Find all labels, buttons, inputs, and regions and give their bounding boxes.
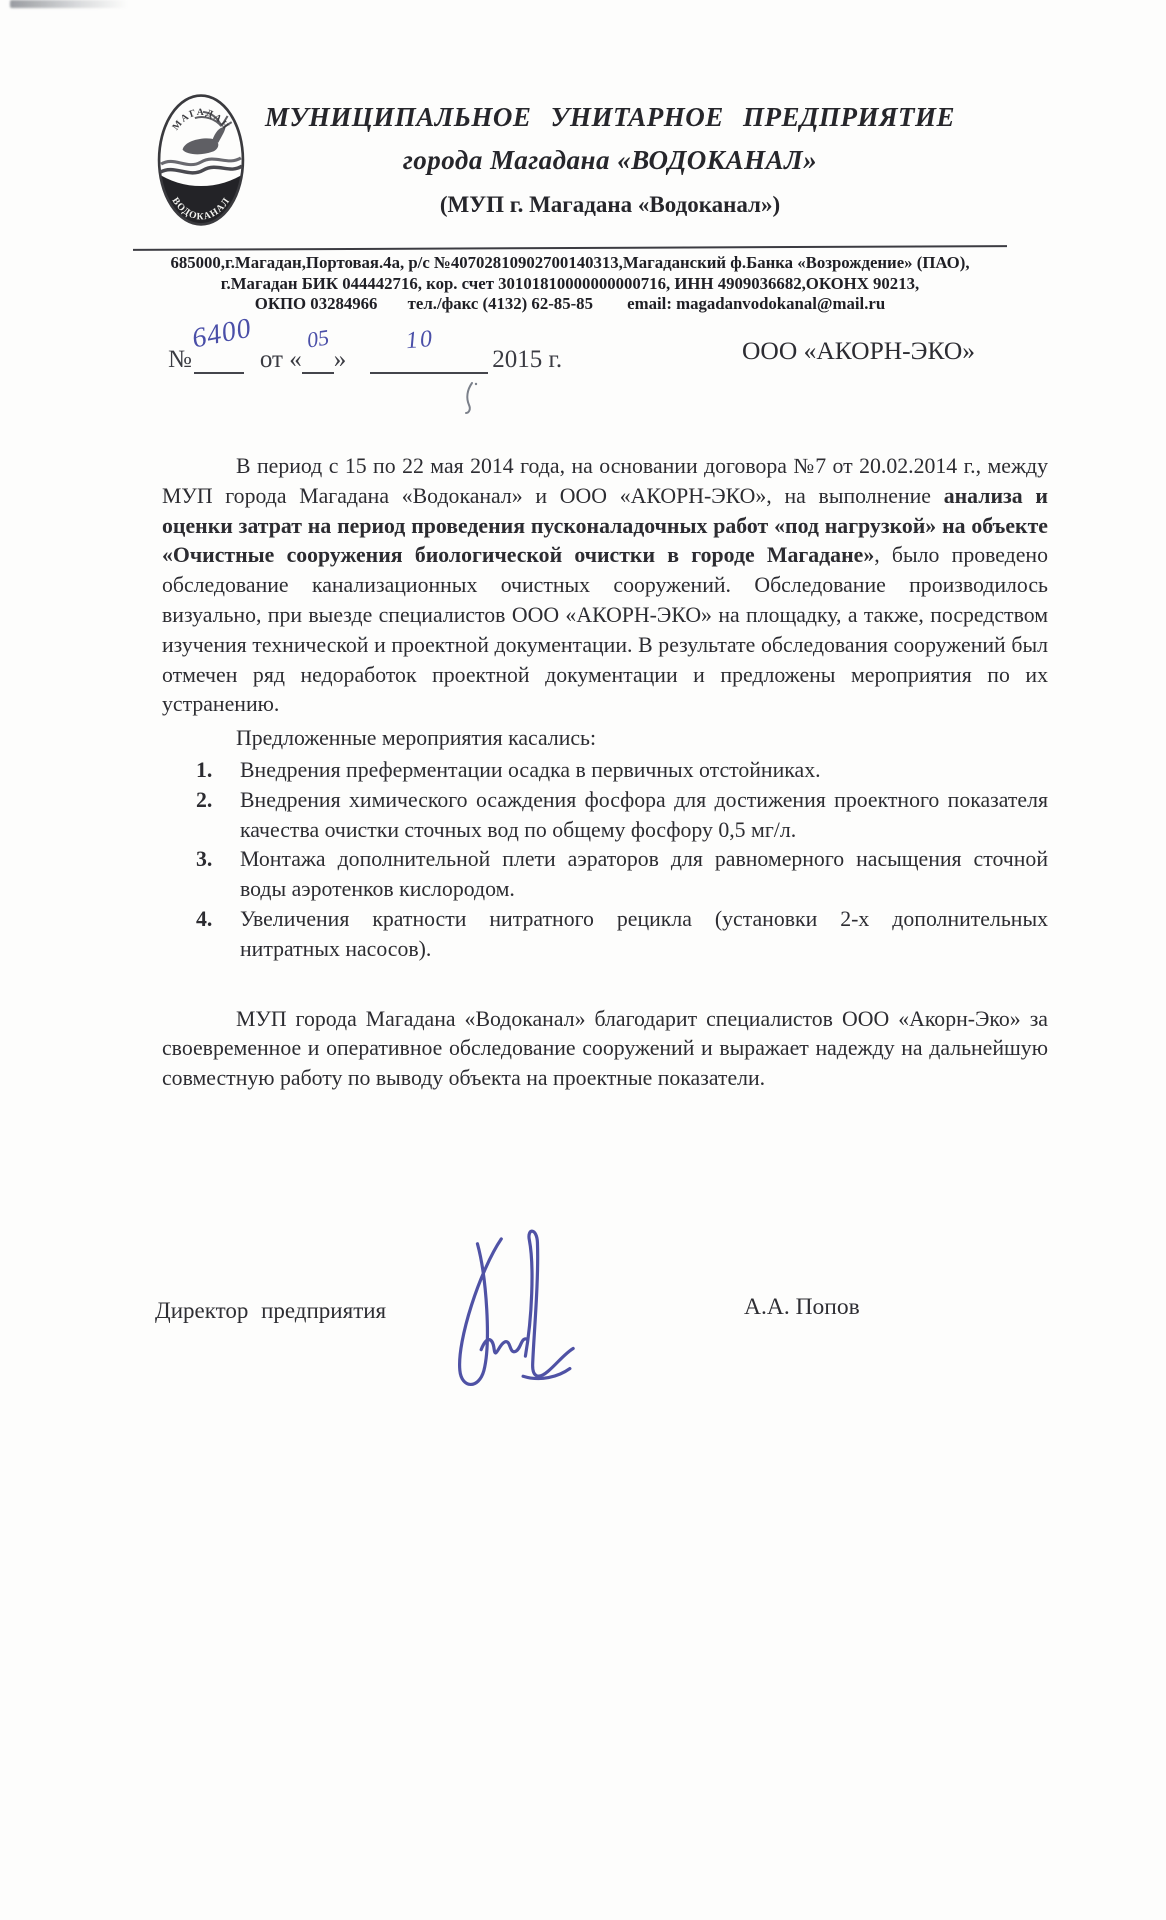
org-name-line2: города Магадана «ВОДОКАНАЛ»: [210, 145, 1010, 176]
measures-list: 1. Внедрения преферментации осадка в пер…: [196, 756, 1048, 965]
letter-body: В период с 15 по 22 мая 2014 года, на ос…: [162, 452, 1048, 1094]
handwritten-number: 6400: [189, 313, 254, 356]
list-item-number: 1.: [196, 756, 240, 786]
list-item: 3. Монтажа дополнительной плети аэраторо…: [196, 845, 1048, 905]
org-name-line1: МУНИЦИПАЛЬНОЕ УНИТАРНОЕ ПРЕДПРИЯТИЕ: [210, 102, 1010, 133]
requisites-block: 685000,г.Магадан,Портовая.4а, р/с №40702…: [128, 253, 1012, 315]
day-blank: 05: [302, 342, 334, 374]
scan-artifact: [10, 0, 128, 8]
list-item-text: Внедрения химического осаждения фосфора …: [240, 786, 1048, 846]
list-item-text: Увеличения кратности нитратного рецикла …: [240, 905, 1048, 965]
scanned-letter-page: МАГАДАН ВОДОКАНАЛ МУНИЦИПАЛЬНОЕ УНИТАРНО…: [0, 0, 1166, 1920]
requisites-email: email: magadanvodokanal@mail.ru: [627, 294, 885, 313]
requisites-line3: ОКПО 03284966 тел./факс (4132) 62-85-85 …: [128, 294, 1012, 315]
list-item-number: 4.: [196, 905, 240, 965]
paragraph-1: В период с 15 по 22 мая 2014 года, на ос…: [162, 452, 1048, 720]
addressee: ООО «АКОРН-ЭКО»: [742, 336, 975, 366]
number-label: №: [168, 346, 192, 374]
list-item-text: Монтажа дополнительной плети аэраторов д…: [240, 845, 1048, 905]
list-item-number: 2.: [196, 786, 240, 846]
signature-icon: [423, 1222, 634, 1409]
signer-name: А.А. Попов: [744, 1294, 860, 1321]
list-item-number: 3.: [196, 845, 240, 905]
org-name-line3: (МУП г. Магадана «Водоканал»): [210, 192, 1010, 218]
signer-title: Директор предприятия: [155, 1298, 386, 1324]
p1-start: В период с 15 по 22 мая 2014 года, на ос…: [162, 454, 1048, 508]
ink-mark: [458, 380, 482, 416]
close-quote: »: [334, 346, 347, 374]
requisites-line1: 685000,г.Магадан,Портовая.4а, р/с №40702…: [128, 253, 1012, 274]
handwritten-month: 10: [405, 326, 435, 355]
list-item: 1. Внедрения преферментации осадка в пер…: [196, 756, 1048, 786]
requisites-phone: тел./факс (4132) 62-85-85: [408, 294, 593, 313]
paragraph-2: Предложенные мероприятия касались:: [162, 724, 1048, 754]
from-label: от «: [260, 346, 302, 374]
requisites-line2: г.Магадан БИК 044442716, кор. счет 30101…: [128, 274, 1012, 295]
handwritten-day: 05: [305, 324, 331, 353]
requisites-okpo: ОКПО 03284966: [255, 294, 378, 313]
number-blank: 6400: [194, 342, 244, 374]
year-label: 2015 г.: [492, 346, 562, 374]
p1-end: , было проведено обследование канализаци…: [162, 543, 1048, 716]
month-blank: 10: [370, 342, 488, 374]
paragraph-3: МУП города Магадана «Водоканал» благодар…: [162, 1005, 1048, 1094]
list-item: 2. Внедрения химического осаждения фосфо…: [196, 786, 1048, 846]
list-item-text: Внедрения преферментации осадка в первич…: [240, 756, 1048, 786]
list-item: 4. Увеличения кратности нитратного рецик…: [196, 905, 1048, 965]
reference-row: № 6400 от « 05 » 10 2015 г.: [168, 342, 562, 374]
letterhead-divider: [133, 245, 1007, 251]
